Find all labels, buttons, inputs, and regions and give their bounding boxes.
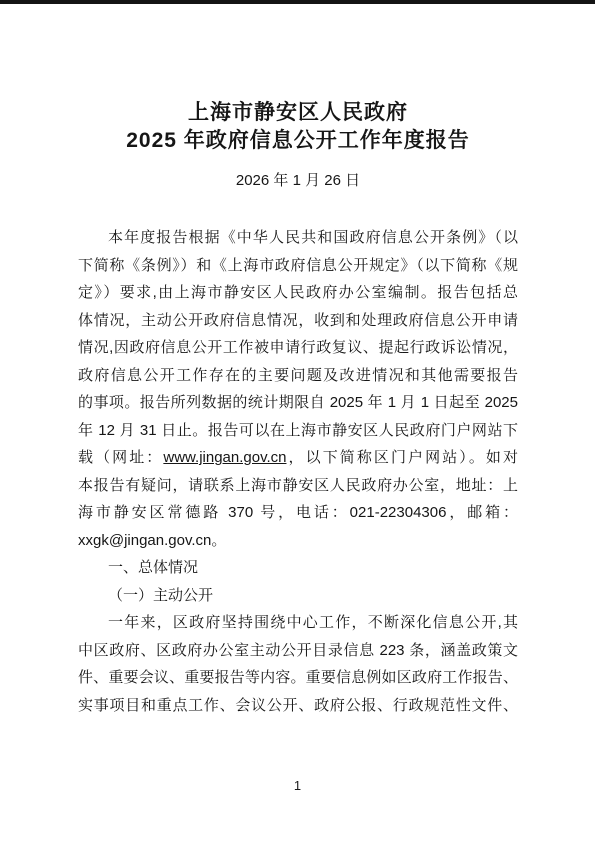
section-heading: 一、总体情况 (78, 554, 518, 582)
body-line: 件、重要会议、重要报告等内容。重要信息例如区政府工作报告、 (78, 664, 518, 692)
body-line: 实事项目和重点工作、会议公开、政府公报、行政规范性文件、 (78, 692, 518, 720)
body-line: 的事项。报告所列数据的统计期限自 2025 年 1 月 1 日起至 2025 (78, 389, 518, 417)
body-line: 定》）要求,由上海市静安区人民政府办公室编制。报告包括总 (78, 279, 518, 307)
body-line-with-link: 载（网址：www.jingan.gov.cn，以下简称区门户网站）。如对 (78, 444, 518, 472)
document-page: 上海市静安区人民政府 2025 年政府信息公开工作年度报告 2026 年 1 月… (78, 99, 518, 719)
body-line: 本报告有疑问，请联系上海市静安区人民政府办公室，地址：上 (78, 472, 518, 500)
document-title-line2: 2025 年政府信息公开工作年度报告 (78, 127, 518, 155)
body-line: 情况,因政府信息公开工作被申请行政复议、提起行政诉讼情况， (78, 334, 518, 362)
document-date: 2026 年 1 月 26 日 (78, 169, 518, 193)
email-line: xxgk@jingan.gov.cn。 (78, 527, 518, 555)
website-link[interactable]: www.jingan.gov.cn (163, 449, 286, 466)
body-line: 年 12 月 31 日止。报告可以在上海市静安区人民政府门户网站下 (78, 417, 518, 445)
body-line: 本年度报告根据《中华人民共和国政府信息公开条例》（以 (78, 224, 518, 252)
link-line-suffix: ，以下简称区门户网站）。如对 (286, 449, 518, 466)
body-line: 政府信息公开工作存在的主要问题及改进情况和其他需要报告 (78, 362, 518, 390)
body-line: 下简称《条例》）和《上海市政府信息公开规定》（以下简称《规 (78, 252, 518, 280)
document-body: 本年度报告根据《中华人民共和国政府信息公开条例》（以 下简称《条例》）和《上海市… (78, 224, 518, 719)
body-line: 一年来，区政府坚持围绕中心工作，不断深化信息公开,其 (78, 609, 518, 637)
body-line: 海市静安区常德路 370 号，电话：021-22304306，邮箱： (78, 499, 518, 527)
page-number: 1 (0, 778, 595, 794)
subsection-heading: （一）主动公开 (78, 582, 518, 610)
top-edge-bar (0, 0, 595, 4)
body-line: 中区政府、区政府办公室主动公开目录信息 223 条，涵盖政策文 (78, 637, 518, 665)
link-line-prefix: 载（网址： (78, 449, 163, 466)
document-title-line1: 上海市静安区人民政府 (78, 99, 518, 127)
body-line: 体情况，主动公开政府信息情况，收到和处理政府信息公开申请 (78, 307, 518, 335)
